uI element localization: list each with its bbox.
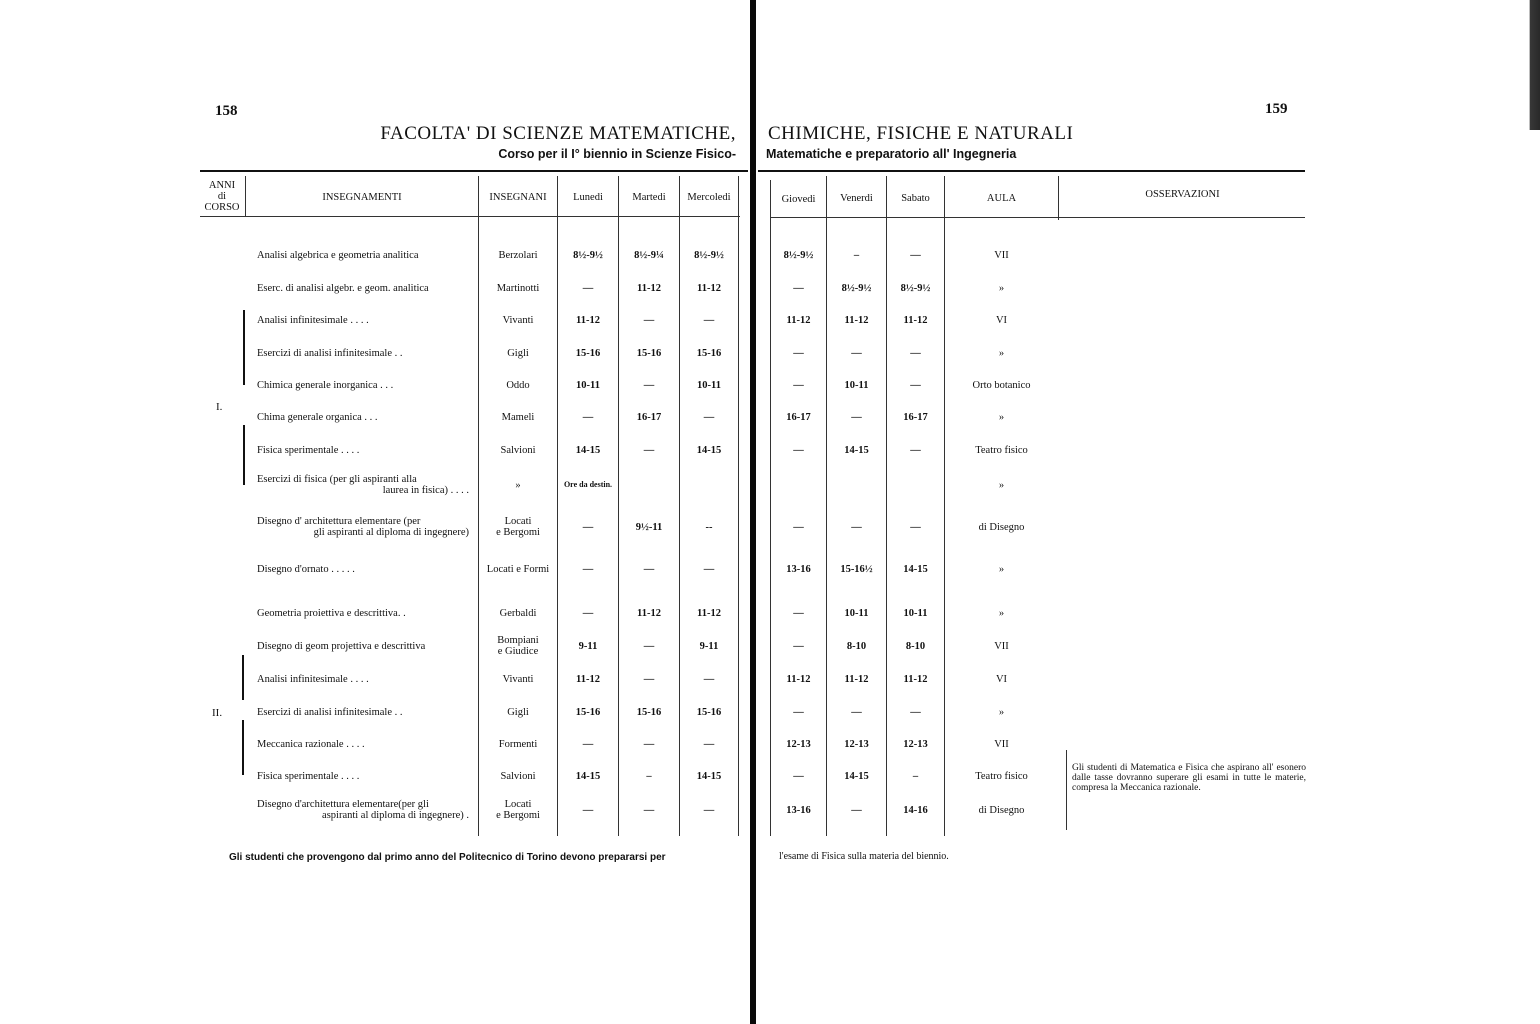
teacher-line-1: Locati [479, 516, 557, 527]
cell-aula: VII [945, 641, 1058, 652]
teacher-line-1: Berzolari [479, 250, 557, 261]
course-line-1: Eserc. di analisi algebr. e geom. analit… [257, 283, 469, 294]
col-divider [944, 176, 945, 836]
cell-sab: — [887, 522, 944, 533]
cell-aula: » [945, 283, 1058, 294]
cell-sab: – [887, 771, 944, 782]
cell-mar: — [619, 445, 679, 456]
col-divider [478, 176, 479, 836]
teacher-name: » [479, 480, 557, 491]
cell-mer: — [680, 412, 738, 423]
cell-lun: 14-15 [558, 445, 618, 456]
course-line-1: Fisica sperimentale . . . . [257, 771, 469, 782]
teacher-line-1: Bompiani [479, 635, 557, 646]
course-line-1: Esercizi di fisica (per gli aspiranti al… [257, 474, 469, 485]
cell-sab: 8-10 [887, 641, 944, 652]
cell-aula: VII [945, 250, 1058, 261]
cell-mer: 11-12 [680, 283, 738, 294]
bracket-second-year-top [242, 655, 244, 700]
cell-gio: — [771, 641, 826, 652]
cell-aula: Teatro fisico [945, 771, 1058, 782]
cell-mar: — [619, 641, 679, 652]
course-line-2: gli aspiranti al diploma di ingegnere) [257, 527, 469, 538]
footer-right: l'esame di Fisica sulla materia del bien… [779, 851, 949, 862]
cell-sab: — [887, 348, 944, 359]
header-martedi: Martedi [619, 192, 679, 203]
teacher-name: Martinotti [479, 283, 557, 294]
cell-gio: 8½-9½ [771, 250, 826, 261]
cell-mer: — [680, 564, 738, 575]
col-divider [738, 176, 739, 836]
cell-ven: 11-12 [827, 674, 886, 685]
col-divider [886, 176, 887, 836]
cell-sab: 12-13 [887, 739, 944, 750]
teacher-line-1: Martinotti [479, 283, 557, 294]
cell-mar: — [619, 805, 679, 816]
teacher-line-1: » [479, 480, 557, 491]
cell-ven: 11-12 [827, 315, 886, 326]
course-name: Chimica generale inorganica . . . [257, 380, 469, 391]
cell-gio: — [771, 707, 826, 718]
teacher-name: Formenti [479, 739, 557, 750]
cell-mar: 15-16 [619, 707, 679, 718]
header-corso: CORSO [200, 202, 244, 213]
teacher-line-1: Formenti [479, 739, 557, 750]
cell-gio: — [771, 522, 826, 533]
header-anni: ANNI [200, 180, 244, 191]
cell-ven: 10-11 [827, 608, 886, 619]
cell-sab: 14-15 [887, 564, 944, 575]
course-name: Chima generale organica . . . [257, 412, 469, 423]
teacher-line-2: e Bergomi [479, 527, 557, 538]
cell-mar: 8½-9¼ [619, 250, 679, 261]
cell-mar: — [619, 674, 679, 685]
cell-gio: 11-12 [771, 674, 826, 685]
cell-lun: — [558, 739, 618, 750]
header-di: di [200, 191, 244, 202]
cell-sab: 11-12 [887, 674, 944, 685]
course-name: Esercizi di analisi infinitesimale . . [257, 348, 469, 359]
course-line-2: aspiranti al diploma di ingegnere) . [257, 810, 469, 821]
header-osservazioni: OSSERVAZIONI [1060, 189, 1305, 200]
cell-aula: » [945, 412, 1058, 423]
cell-lun: 15-16 [558, 707, 618, 718]
col-divider [618, 176, 619, 836]
year-label-second: II. [212, 707, 222, 719]
teacher-name: Gerbaldi [479, 608, 557, 619]
cell-lun: 10-11 [558, 380, 618, 391]
cell-ven: 14-15 [827, 771, 886, 782]
cell-gio: — [771, 380, 826, 391]
course-line-1: Analisi algebrica e geometria analitica [257, 250, 469, 261]
cell-mer: 14-15 [680, 771, 738, 782]
course-name: Analisi infinitesimale . . . . [257, 674, 469, 685]
cell-gio: 13-16 [771, 805, 826, 816]
cell-lun: 14-15 [558, 771, 618, 782]
cell-mar: 11-12 [619, 608, 679, 619]
cell-sab: — [887, 707, 944, 718]
cell-aula: Teatro fisico [945, 445, 1058, 456]
cell-mer: 9-11 [680, 641, 738, 652]
cell-sab: — [887, 380, 944, 391]
cell-lun: 11-12 [558, 315, 618, 326]
cell-sab: 14-16 [887, 805, 944, 816]
cell-gio: 11-12 [771, 315, 826, 326]
course-name: Fisica sperimentale . . . . [257, 445, 469, 456]
cell-gio: — [771, 771, 826, 782]
teacher-name: Bompianie Giudice [479, 635, 557, 657]
col-divider [826, 176, 827, 836]
course-line-1: Meccanica razionale . . . . [257, 739, 469, 750]
cell-mer: 15-16 [680, 348, 738, 359]
subtitle-left: Corso per il I° biennio in Scienze Fisic… [498, 147, 736, 161]
table-top-rule-left [200, 170, 748, 172]
course-line-1: Chimica generale inorganica . . . [257, 380, 469, 391]
teacher-name: Salvioni [479, 771, 557, 782]
cell-ven: 14-15 [827, 445, 886, 456]
teacher-line-2: e Bergomi [479, 810, 557, 821]
teacher-line-1: Locati e Formi [479, 564, 557, 575]
cell-ven: — [827, 522, 886, 533]
cell-aula: VI [945, 315, 1058, 326]
teacher-line-1: Oddo [479, 380, 557, 391]
title-left: FACOLTA' DI SCIENZE MATEMATICHE, [380, 123, 736, 145]
teacher-line-1: Salvioni [479, 445, 557, 456]
teacher-line-1: Gigli [479, 707, 557, 718]
cell-aula: » [945, 707, 1058, 718]
header-venerdi: Venerdi [827, 193, 886, 204]
cell-ven: 15-16½ [827, 564, 886, 575]
course-name: Disegno d' architettura elementare (perg… [257, 516, 469, 538]
footer-left: Gli studenti che provengono dal primo an… [229, 852, 666, 863]
bracket-first-year-bottom [243, 425, 245, 485]
header-bottom-rule-right [770, 217, 1305, 218]
subtitle-right: Matematiche e preparatorio all' Ingegner… [766, 147, 1016, 161]
col-divider [1066, 750, 1067, 830]
teacher-name: Gigli [479, 707, 557, 718]
cell-aula: » [945, 480, 1058, 491]
cell-ven: 10-11 [827, 380, 886, 391]
teacher-name: Berzolari [479, 250, 557, 261]
col-divider [679, 176, 680, 836]
header-sabato: Sabato [887, 193, 944, 204]
course-line-1: Disegno d'ornato . . . . . [257, 564, 469, 575]
header-bottom-rule-left [200, 216, 740, 217]
cell-mar: 16-17 [619, 412, 679, 423]
cell-mer: 11-12 [680, 608, 738, 619]
cell-mer: 15-16 [680, 707, 738, 718]
course-line-1: Geometria proiettiva e descrittiva. . [257, 608, 469, 619]
teacher-name: Oddo [479, 380, 557, 391]
cell-ven: 8½-9½ [827, 283, 886, 294]
cell-mar: — [619, 739, 679, 750]
course-line-1: Disegno d'architettura elementare(per gl… [257, 799, 469, 810]
cell-lun: 9-11 [558, 641, 618, 652]
header-insegnanti: INSEGNANI [479, 192, 557, 203]
cell-ven: 8-10 [827, 641, 886, 652]
course-line-1: Disegno di geom projettiva e descrittiva [257, 641, 469, 652]
year-label-first: I. [216, 401, 222, 413]
cell-mer: 10-11 [680, 380, 738, 391]
course-name: Esercizi di fisica (per gli aspiranti al… [257, 474, 469, 496]
bracket-first-year-top [243, 310, 245, 385]
cell-aula: » [945, 564, 1058, 575]
cell-lun: — [558, 522, 618, 533]
cell-gio: — [771, 283, 826, 294]
cell-lun: 8½-9½ [558, 250, 618, 261]
cell-gio: 16-17 [771, 412, 826, 423]
course-name: Analisi algebrica e geometria analitica [257, 250, 469, 261]
cell-sab: — [887, 445, 944, 456]
cell-aula: di Disegno [945, 805, 1058, 816]
cell-ven: 12-13 [827, 739, 886, 750]
page-edge [1522, 0, 1540, 130]
course-name: Analisi infinitesimale . . . . [257, 315, 469, 326]
cell-gio: 13-16 [771, 564, 826, 575]
course-line-1: Esercizi di analisi infinitesimale . . [257, 348, 469, 359]
cell-mer: — [680, 674, 738, 685]
page-number-left: 158 [215, 103, 238, 120]
teacher-line-1: Salvioni [479, 771, 557, 782]
cell-lun: — [558, 564, 618, 575]
col-divider [1058, 176, 1059, 220]
course-name: Esercizi di analisi infinitesimale . . [257, 707, 469, 718]
course-name: Meccanica razionale . . . . [257, 739, 469, 750]
cell-sab: 10-11 [887, 608, 944, 619]
cell-aula: Orto botanico [945, 380, 1058, 391]
cell-mer: — [680, 805, 738, 816]
cell-aula: di Disegno [945, 522, 1058, 533]
teacher-name: Vivanti [479, 315, 557, 326]
cell-mar: 11-12 [619, 283, 679, 294]
cell-mer: — [680, 739, 738, 750]
col-divider [557, 176, 558, 836]
cell-aula: VI [945, 674, 1058, 685]
cell-mar: — [619, 564, 679, 575]
header-mercoledi: Mercoledi [680, 192, 738, 203]
cell-ven: — [827, 348, 886, 359]
course-line-1: Analisi infinitesimale . . . . [257, 315, 469, 326]
col-divider [770, 180, 771, 836]
teacher-name: Vivanti [479, 674, 557, 685]
cell-mer: -- [680, 522, 738, 533]
cell-lun: — [558, 412, 618, 423]
cell-mar: – [619, 771, 679, 782]
teacher-line-1: Locati [479, 799, 557, 810]
header-lunedi: Lunedi [558, 192, 618, 203]
observation-note: Gli studenti di Matematica e Fisica che … [1072, 763, 1306, 793]
cell-gio: — [771, 348, 826, 359]
cell-ven: — [827, 412, 886, 423]
course-name: Geometria proiettiva e descrittiva. . [257, 608, 469, 619]
cell-ven: – [827, 250, 886, 261]
teacher-line-2: e Giudice [479, 646, 557, 657]
course-line-2: laurea in fisica) . . . . [257, 485, 469, 496]
cell-mar: 15-16 [619, 348, 679, 359]
course-line-1: Analisi infinitesimale . . . . [257, 674, 469, 685]
cell-lun: — [558, 608, 618, 619]
cell-gio: 12-13 [771, 739, 826, 750]
course-name: Disegno d'architettura elementare(per gl… [257, 799, 469, 821]
table-top-rule-right [758, 170, 1305, 172]
header-anni-di-corso: ANNI di CORSO [200, 180, 244, 213]
cell-mar: 9½-11 [619, 522, 679, 533]
teacher-name: Salvioni [479, 445, 557, 456]
course-line-1: Fisica sperimentale . . . . [257, 445, 469, 456]
title-right: CHIMICHE, FISICHE E NATURALI [768, 123, 1073, 145]
course-line-1: Chima generale organica . . . [257, 412, 469, 423]
cell-aula: » [945, 608, 1058, 619]
course-name: Eserc. di analisi algebr. e geom. analit… [257, 283, 469, 294]
cell-mer: 14-15 [680, 445, 738, 456]
cell-aula: VII [945, 739, 1058, 750]
cell-ven: — [827, 707, 886, 718]
cell-mer: 8½-9½ [680, 250, 738, 261]
cell-sab: 8½-9½ [887, 283, 944, 294]
header-insegnamenti: INSEGNAMENTI [246, 192, 478, 203]
cell-mer: — [680, 315, 738, 326]
cell-ven: — [827, 805, 886, 816]
cell-sab: — [887, 250, 944, 261]
page-number-right: 159 [1265, 101, 1288, 118]
teacher-name: Locatie Bergomi [479, 799, 557, 821]
cell-gio: — [771, 608, 826, 619]
cell-lun: Ore da destin. [558, 480, 618, 489]
cell-sab: 11-12 [887, 315, 944, 326]
course-line-1: Disegno d' architettura elementare (per [257, 516, 469, 527]
teacher-name: Locati e Formi [479, 564, 557, 575]
course-name: Disegno di geom projettiva e descrittiva [257, 641, 469, 652]
teacher-line-1: Gerbaldi [479, 608, 557, 619]
cell-lun: — [558, 283, 618, 294]
teacher-line-1: Vivanti [479, 674, 557, 685]
teacher-line-1: Gigli [479, 348, 557, 359]
course-name: Fisica sperimentale . . . . [257, 771, 469, 782]
cell-lun: 11-12 [558, 674, 618, 685]
book-spine [750, 0, 756, 1024]
teacher-name: Mameli [479, 412, 557, 423]
course-name: Disegno d'ornato . . . . . [257, 564, 469, 575]
teacher-name: Locatie Bergomi [479, 516, 557, 538]
course-line-1: Esercizi di analisi infinitesimale . . [257, 707, 469, 718]
cell-sab: 16-17 [887, 412, 944, 423]
bracket-second-year-bottom [242, 720, 244, 775]
cell-aula: » [945, 348, 1058, 359]
cell-mar: — [619, 315, 679, 326]
cell-lun: 15-16 [558, 348, 618, 359]
teacher-line-1: Vivanti [479, 315, 557, 326]
cell-lun: — [558, 805, 618, 816]
header-giovedi: Giovedi [771, 194, 826, 205]
cell-mar: — [619, 380, 679, 391]
header-aula: AULA [945, 193, 1058, 204]
teacher-name: Gigli [479, 348, 557, 359]
cell-gio: — [771, 445, 826, 456]
teacher-line-1: Mameli [479, 412, 557, 423]
